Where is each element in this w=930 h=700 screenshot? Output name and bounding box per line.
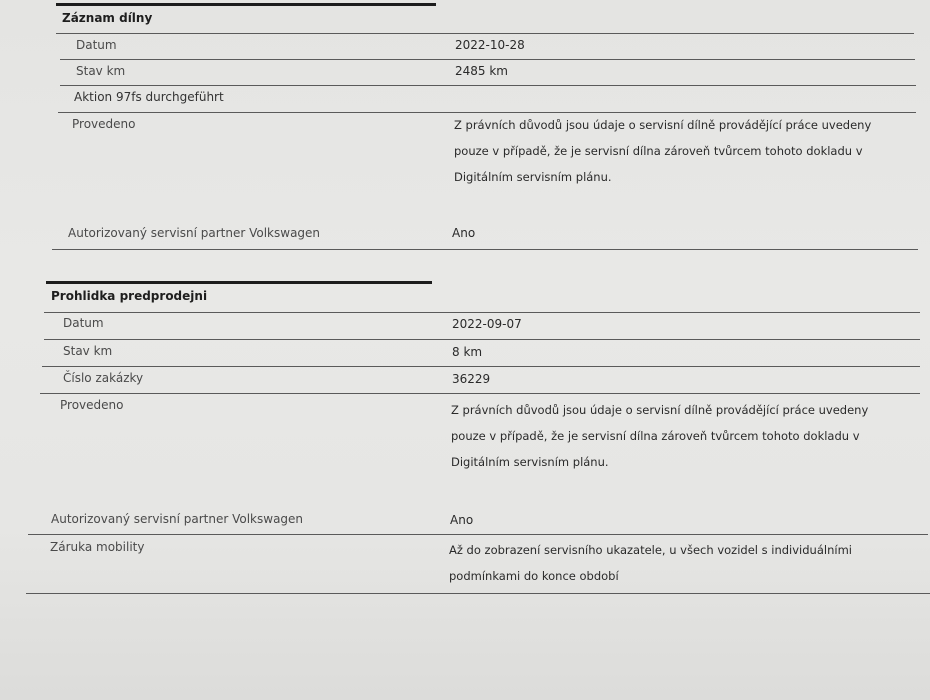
performed-text: Z právních důvodů jsou údaje o servisní … [451, 397, 868, 475]
performed-line: Z právních důvodů jsou údaje o servisní … [454, 112, 871, 138]
performed-label: Provedeno [72, 117, 135, 131]
row-divider [26, 593, 930, 594]
date-label: Datum [76, 38, 117, 52]
performed-line: Digitálním servisním plánu. [451, 449, 868, 475]
date-value: 2022-10-28 [455, 38, 525, 52]
mileage-label: Stav km [76, 64, 125, 78]
date-value: 2022-09-07 [452, 317, 522, 331]
row-divider [60, 59, 915, 60]
mileage-value: 2485 km [455, 64, 508, 78]
authorized-partner-label: Autorizovaný servisní partner Volkswagen [51, 512, 303, 526]
mobility-guarantee-text: Až do zobrazení servisního ukazatele, u … [449, 537, 852, 589]
authorized-partner-value: Ano [452, 226, 475, 240]
section-title: Prohlidka predprodejni [51, 289, 207, 303]
section-title: Záznam dílny [62, 11, 152, 25]
performed-text: Z právních důvodů jsou údaje o servisní … [454, 112, 871, 190]
row-divider [44, 339, 920, 340]
authorized-partner-value: Ano [450, 513, 473, 527]
section-divider [56, 3, 436, 6]
row-divider [28, 534, 928, 535]
mobility-guarantee-line: Až do zobrazení servisního ukazatele, u … [449, 537, 852, 563]
mobility-guarantee-line: podmínkami do konce období [449, 563, 852, 589]
performed-label: Provedeno [60, 398, 123, 412]
row-divider [56, 33, 914, 34]
row-divider [44, 312, 920, 313]
mileage-label: Stav km [63, 344, 112, 358]
row-divider [52, 249, 918, 250]
authorized-partner-label: Autorizovaný servisní partner Volkswagen [68, 226, 320, 240]
mobility-guarantee-label: Záruka mobility [50, 540, 144, 554]
order-number-label: Číslo zakázky [63, 371, 143, 385]
performed-line: pouze v případě, že je servisní dílna zá… [451, 423, 868, 449]
row-divider [42, 366, 920, 367]
performed-line: Digitálním servisním plánu. [454, 164, 871, 190]
performed-line: pouze v případě, že je servisní dílna zá… [454, 138, 871, 164]
action-label: Aktion 97fs durchgeführt [74, 90, 224, 104]
order-number-value: 36229 [452, 372, 490, 386]
row-divider [40, 393, 920, 394]
date-label: Datum [63, 316, 104, 330]
row-divider [60, 85, 916, 86]
section-divider [46, 281, 432, 284]
performed-line: Z právních důvodů jsou údaje o servisní … [451, 397, 868, 423]
mileage-value: 8 km [452, 345, 482, 359]
